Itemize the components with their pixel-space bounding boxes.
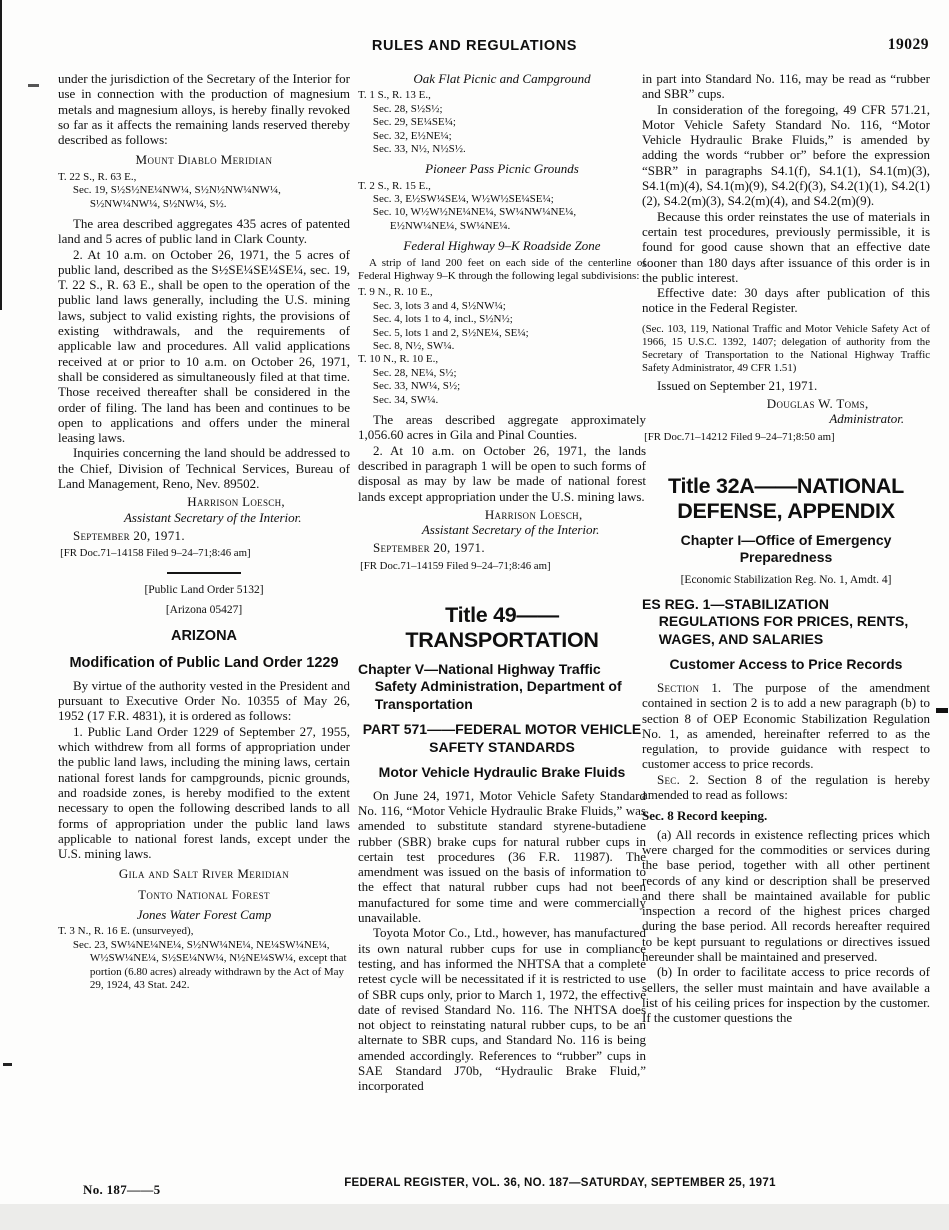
block-h-sans-hang: Chapter V—National Highway Traffic Safet… [358,661,646,714]
land-description-line: Sec. 8, N½, SW¼. [358,340,646,353]
land-description-line: Sec. 3, lots 3 and 4, S½NW¼; [358,300,646,313]
print-artifact-small-dash [28,84,39,87]
block-bracket-center: [Arizona 05427] [58,603,350,618]
block-h-sans-center: Motor Vehicle Hydraulic Brake Fluids [358,764,646,782]
land-description-line: Sec. 19, S½S½NE¼NW¼, S½N½NW¼NW¼, S½NW¼NW… [58,184,350,211]
block-para: Effective date: 30 days after publicatio… [642,285,930,316]
land-description-line: Sec. 23, SW¼NE¼NE¼, S½NW¼NE¼, NE¼SW¼NE¼,… [58,939,350,993]
land-description-line: Sec. 4, lots 1 to 4, incl., S½N½; [358,313,646,326]
land-description-line: Sec. 5, lots 1 and 2, S½NE¼, SE¼; [358,327,646,340]
block-para: 2. At 10 a.m. on October 26, 1971, the 5… [58,247,350,446]
land-description-line: Sec. 29, SE¼SE¼; [358,116,646,129]
block-para: Section 1. The purpose of the amendment … [642,680,930,772]
land-description-line: T. 9 N., R. 10 E., [358,286,646,299]
paragraph-lead: Sec. [657,772,680,787]
block-sig-title: Assistant Secretary of the Interior. [76,510,350,525]
column-right: in part into Standard No. 116, may be re… [642,66,930,1177]
block-title-big: Title 49——TRANSPORTATION [358,603,646,653]
block-para: (a) All records in existence reflecting … [642,827,930,965]
block-date-sc: September 20, 1971. [358,540,646,555]
block-frdoc: [FR Doc.71–14159 Filed 9–24–71;8:46 am] [358,560,646,573]
print-artifact-left-dash [3,1063,12,1066]
block-land: T. 9 N., R. 10 E.,Sec. 3, lots 3 and 4, … [358,286,646,407]
print-artifact-right-dash [936,708,948,713]
land-description-line: T. 3 N., R. 16 E. (unsurveyed), [58,925,350,938]
block-para-small: A strip of land 200 feet on each side of… [358,257,646,284]
block-frdoc: [FR Doc.71–14212 Filed 9–24–71;8:50 am] [642,431,930,444]
block-h-sans-hang: ES REG. 1—STABILIZATION REGULATIONS FOR … [642,596,930,649]
land-description-line: Sec. 33, NW¼, S½; [358,380,646,393]
land-description-line: Sec. 33, N½, N½S½. [358,143,646,156]
block-land: T. 1 S., R. 13 E.,Sec. 28, S½S½;Sec. 29,… [358,89,646,156]
block-italic-center: Jones Water Forest Camp [58,907,350,922]
land-description-line: T. 10 N., R. 10 E., [358,353,646,366]
column-left: under the jurisdiction of the Secretary … [58,66,350,1177]
block-date: Issued on September 21, 1971. [642,378,930,393]
page-number: 19029 [888,36,929,54]
block-italic-center: Pioneer Pass Picnic Grounds [358,161,646,176]
block-h-sans-center: Customer Access to Price Records [642,656,930,674]
block-title-big: Title 32A——NATIONAL DEFENSE, APPENDIX [642,474,930,524]
block-para-cont: under the jurisdiction of the Secretary … [58,71,350,147]
block-para: Toyota Motor Co., Ltd., however, has man… [358,925,646,1093]
block-para: The area described aggregates 435 acres … [58,216,350,247]
separator-rule [167,572,241,574]
block-h-sans-center: PART 571——FEDERAL MOTOR VEHICLE SAFETY S… [358,721,646,756]
land-description-line: Sec. 10, W½W½NE¼NE¼, SW¼NW¼NE¼, E½NW¼NE¼… [358,206,646,233]
block-italic-center: Federal Highway 9–K Roadside Zone [358,238,646,253]
page: RULES AND REGULATIONS 19029 under the ju… [0,0,949,1230]
block-para: Inquiries concerning the land should be … [58,445,350,491]
block-sig-name: Harrison Loesch, [421,507,646,522]
block-sig-right: Administrator. [642,411,904,426]
block-para: 1. Public Land Order 1229 of September 2… [58,724,350,862]
block-para-cont: in part into Standard No. 116, may be re… [642,71,930,102]
block-h-sans-center: Chapter I—Office of Emergency Preparedne… [642,532,930,567]
land-description-line: Sec. 28, NE¼, S½; [358,367,646,380]
block-para: (b) In order to facilitate access to pri… [642,964,930,1025]
land-description-line: Sec. 34, SW¼. [358,394,646,407]
block-h-bold-center: ARIZONA [58,628,350,646]
column-center: Oak Flat Picnic and CampgroundT. 1 S., R… [358,66,646,1172]
block-para: Sec. 2. Section 8 of the regulation is h… [642,772,930,803]
block-land: T. 2 S., R. 15 E.,Sec. 3, E½SW¼SE¼, W½W½… [358,180,646,234]
block-sig-title: Assistant Secretary of the Interior. [375,522,646,537]
land-description-line: Sec. 28, S½S½; [358,103,646,116]
block-smallcaps-center: Gila and Salt River Meridian [58,866,350,881]
block-bracket-center: [Public Land Order 5132] [58,583,350,598]
block-land: T. 3 N., R. 16 E. (unsurveyed),Sec. 23, … [58,925,350,992]
land-description-line: T. 2 S., R. 15 E., [358,180,646,193]
block-italic-center: Oak Flat Picnic and Campground [358,71,646,86]
block-para: On June 24, 1971, Motor Vehicle Safety S… [358,788,646,926]
footer-issue-number: No. 187——5 [83,1182,160,1198]
block-land: T. 22 S., R. 63 E.,Sec. 19, S½S½NE¼NW¼, … [58,171,350,211]
land-description-line: T. 1 S., R. 13 E., [358,89,646,102]
block-para: The areas described aggregate approximat… [358,412,646,443]
block-h-bold-center: Modification of Public Land Order 1229 [58,655,350,673]
block-smallcaps-center: Mount Diablo Meridian [58,152,350,167]
block-date-sc: September 20, 1971. [58,528,350,543]
block-para: 2. At 10 a.m. on October 26, 1971, the l… [358,443,646,504]
scan-bottom-edge [0,1204,949,1230]
paragraph-lead: Section [657,680,699,695]
land-description-line: Sec. 32, E½NE¼; [358,130,646,143]
block-run-in: Sec. 8 Record keeping. [642,808,930,823]
block-frdoc: [FR Doc.71–14158 Filed 9–24–71;8:46 am] [58,547,350,560]
block-sig-name: Harrison Loesch, [122,494,350,509]
land-description-line: T. 22 S., R. 63 E., [58,171,350,184]
block-para: Because this order reinstates the use of… [642,209,930,285]
block-sig-name: Douglas W. Toms, [705,396,930,411]
block-para: In consideration of the foregoing, 49 CF… [642,102,930,209]
block-bracket-center: [Economic Stabilization Reg. No. 1, Amdt… [642,573,930,588]
footer-publication-line: FEDERAL REGISTER, VOL. 36, NO. 187—SATUR… [250,1177,870,1189]
block-note: (Sec. 103, 119, National Traffic and Mot… [642,323,930,375]
block-smallcaps-center: Tonto National Forest [58,887,350,902]
page-header-title: RULES AND REGULATIONS [0,38,949,54]
land-description-line: Sec. 3, E½SW¼SE¼, W½W½SE¼SE¼; [358,193,646,206]
block-para: By virtue of the authority vested in the… [58,678,350,724]
